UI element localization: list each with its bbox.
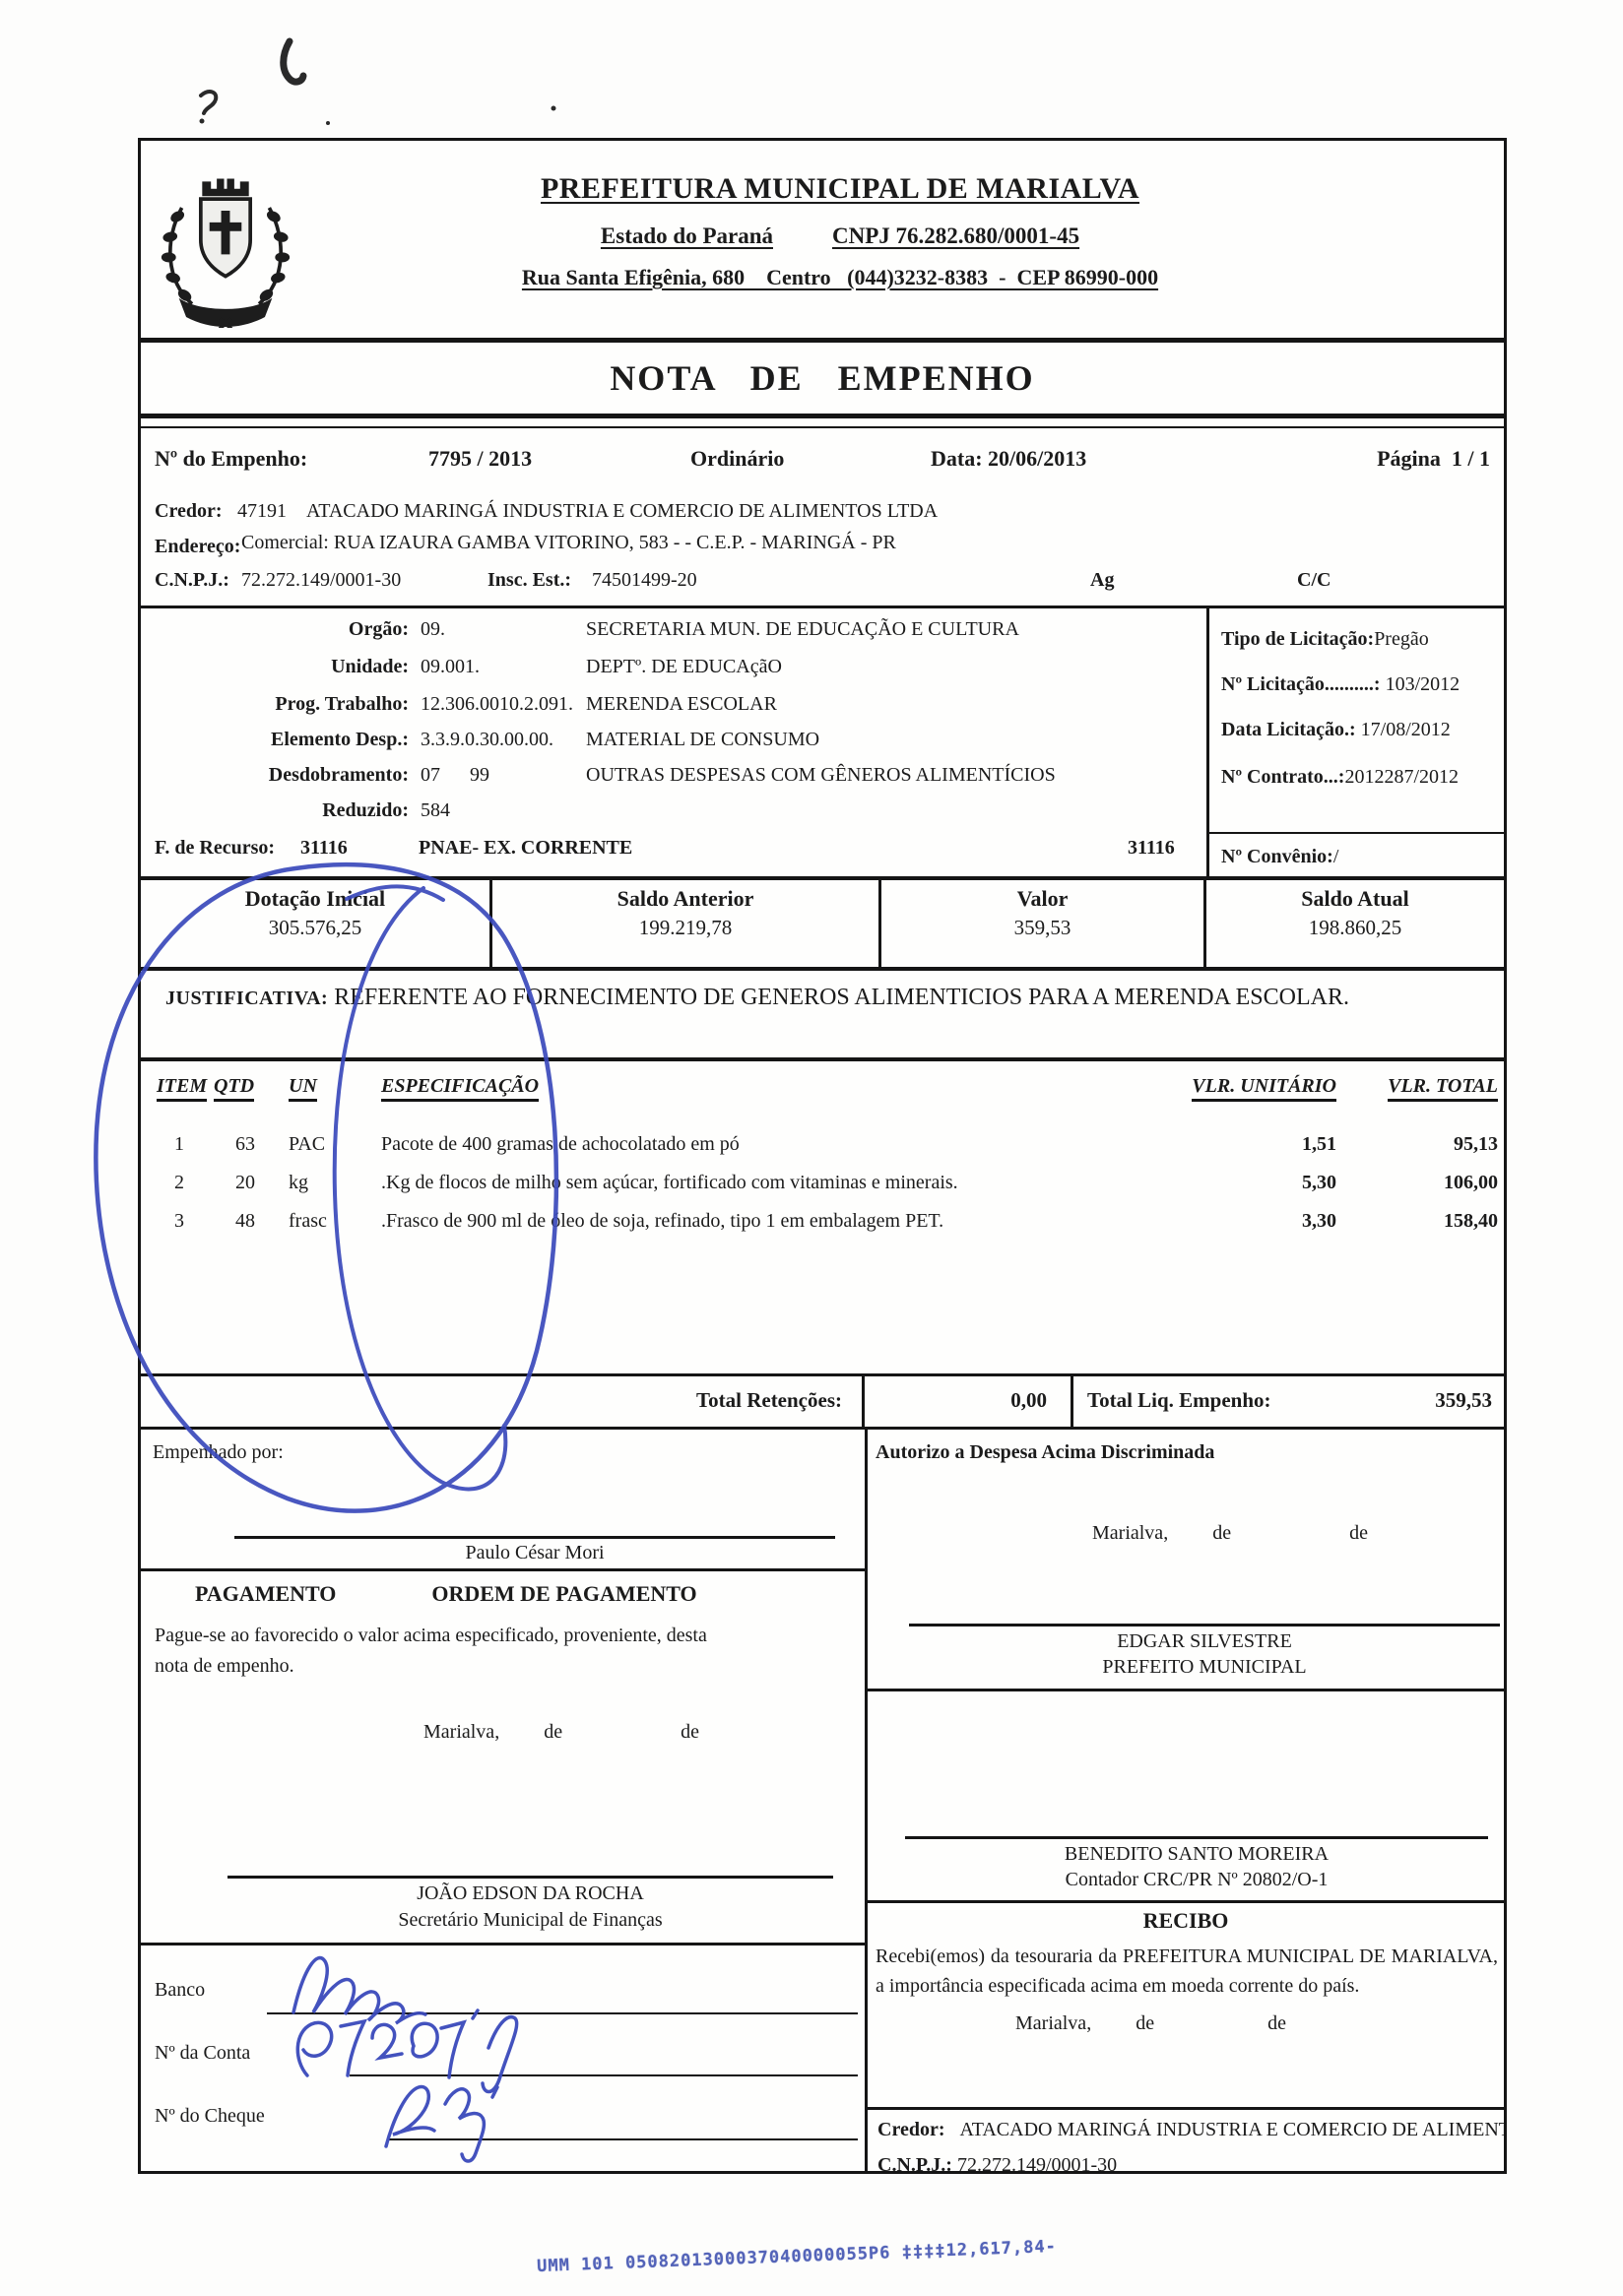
marialva-coat-of-arms-icon — [153, 166, 298, 328]
autorizo-city-date-line: Marialva, de de — [1092, 1522, 1368, 1545]
creditor-block: Credor: 47191 ATACADO MARINGÁ INDUSTRIA … — [141, 492, 1504, 608]
section-rule — [868, 1689, 1504, 1691]
pagamento-city-date-line: Marialva, de de — [423, 1721, 699, 1744]
section-rule — [141, 1568, 865, 1571]
right-column: Autorizo a Despesa Acima Discriminada Ma… — [868, 1430, 1504, 2171]
num-licitacao-label: Nº Licitação..........: — [1221, 673, 1381, 695]
empenho-number-row: Nº do Empenho: 7795 / 2013 Ordinário Dat… — [141, 428, 1504, 489]
dotacao-inicial-cell: Dotação Inicial305.576,25 — [141, 880, 492, 967]
col-vlr-unitario: VLR. UNITÁRIO — [1192, 1075, 1336, 1102]
signature-line — [227, 1876, 833, 1879]
recibo-cnpj-label: C.N.P.J.: — [877, 2154, 952, 2176]
col-qtd: QTD — [214, 1075, 254, 1102]
total-liq-value: 359,53 — [1435, 1388, 1492, 1427]
orgao-desc: SECRETARIA MUN. DE EDUCAÇÃO E CULTURA — [586, 618, 1019, 641]
recibo-city-date-line: Marialva, de de — [1015, 2012, 1286, 2035]
recibo-cnpj-value: 72.272.149/0001-30 — [957, 2154, 1117, 2176]
banco-label: Banco — [155, 1979, 205, 2002]
document-title-band: NOTA DE EMPENHO — [141, 338, 1504, 418]
justification-text: REFERENTE AO FORNECIMENTO DE GENEROS ALI… — [334, 985, 1349, 1010]
total-retencoes-label: Total Retenções: — [141, 1376, 865, 1427]
justification-section: JUSTIFICATIVA: REFERENTE AO FORNECIMENTO… — [141, 971, 1504, 1057]
orgao-label: Orgão: — [141, 618, 409, 641]
empenho-number-value: 7795 / 2013 — [428, 446, 532, 472]
desdobramento-desc: OUTRAS DESPESAS COM GÊNEROS ALIMENTÍCIOS — [586, 764, 1056, 787]
item-row: 220 kg.Kg de flocos de milho sem açúcar,… — [141, 1172, 1504, 1194]
signatures-area: Empenhado por: Paulo César Mori PAGAMENT… — [141, 1430, 1504, 2171]
creditor-cnpj-label: C.N.P.J.: — [155, 569, 229, 592]
conta-fill-line — [350, 2074, 858, 2076]
items-table: ITEM QTD UN ESPECIFICAÇÃO VLR. UNITÁRIO … — [141, 1057, 1504, 1373]
bidding-info-box: Tipo de Licitação:Pregão Nº Licitação...… — [1206, 608, 1504, 876]
state-label: Estado do Paraná — [601, 223, 773, 248]
empenhado-signer-name: Paulo César Mori — [234, 1542, 835, 1564]
contador-title: Contador CRC/PR Nº 20802/O-1 — [905, 1869, 1488, 1891]
cheque-label: Nº do Cheque — [155, 2105, 265, 2128]
creditor-name: ATACADO MARINGÁ INDUSTRIA E COMERCIO DE … — [306, 500, 938, 523]
recibo-cnpj-line: C.N.P.J.: 72.272.149/0001-30 — [877, 2154, 1117, 2177]
prefeito-name: EDGAR SILVESTRE — [909, 1630, 1500, 1653]
tipo-licitacao-value: Pregão — [1374, 628, 1429, 650]
page-indicator: Página 1 / 1 — [1377, 446, 1490, 472]
item-row: 163 PACPacote de 400 gramas de achocolat… — [141, 1133, 1504, 1156]
pagamento-title: PAGAMENTO — [195, 1581, 336, 1607]
autorizo-title: Autorizo a Despesa Acima Discriminada — [876, 1441, 1214, 1464]
state-cnpj-line: Estado do ParanáCNPJ 76.282.680/0001-45 — [303, 223, 1377, 249]
agency-label: Ag — [1090, 569, 1114, 592]
creditor-cnpj: 72.272.149/0001-30 — [241, 569, 401, 592]
empenho-type: Ordinário — [690, 446, 784, 472]
desdobramento-label: Desdobramento: — [141, 764, 409, 787]
empenho-date: Data: 20/06/2013 — [931, 446, 1086, 472]
col-vlr-total: VLR. TOTAL — [1388, 1075, 1498, 1102]
recibo-text: Recebi(emos) da tesouraria da PREFEITURA… — [876, 1942, 1498, 2001]
col-especificacao: ESPECIFICAÇÃO — [381, 1075, 539, 1102]
address-line: Rua Santa Efigênia, 680 Centro (044)3232… — [303, 265, 1377, 290]
totals-row: Total Retenções: 0,00 Total Liq. Empenho… — [141, 1373, 1504, 1430]
account-label: C/C — [1297, 569, 1331, 592]
recurso-code2: 31116 — [1128, 837, 1175, 860]
prog-trabalho-label: Prog. Trabalho: — [141, 693, 409, 716]
document-header: PREFEITURA MUNICIPAL DE MARIALVA Estado … — [141, 141, 1504, 340]
item-row: 348 frasc.Frasco de 900 ml de óleo de so… — [141, 1210, 1504, 1233]
convenio-value: / — [1333, 846, 1339, 867]
state-reg-value: 74501499-20 — [592, 569, 697, 592]
contrato-value: 2012287/2012 — [1344, 766, 1459, 788]
recurso-desc: PNAE- EX. CORRENTE — [419, 837, 632, 860]
pagamento-text-line1: Pague-se ao favorecido o valor acima esp… — [155, 1625, 707, 1647]
convenio-label: Nº Convênio: — [1221, 846, 1333, 867]
document-title: NOTA DE EMPENHO — [610, 357, 1034, 399]
ink-smudge-marks — [200, 41, 556, 125]
total-liq-label: Total Liq. Empenho: — [1087, 1388, 1271, 1427]
col-item: ITEM — [157, 1075, 207, 1102]
elemento-desp-label: Elemento Desp.: — [141, 729, 409, 751]
address-text: Rua Santa Efigênia, 680 Centro (044)3232… — [522, 265, 1158, 289]
reduzido-label: Reduzido: — [141, 799, 409, 822]
nota-de-empenho-form: PREFEITURA MUNICIPAL DE MARIALVA Estado … — [138, 138, 1507, 2174]
section-rule — [868, 2107, 1504, 2110]
creditor-code: 47191 — [237, 500, 287, 523]
creditor-address-label: Endereço: — [155, 536, 240, 558]
signature-line — [905, 1836, 1488, 1839]
creditor-address: Comercial: RUA IZAURA GAMBA VITORINO, 58… — [241, 532, 896, 554]
total-retencoes-value: 0,00 — [865, 1376, 1073, 1427]
tipo-licitacao-label: Tipo de Licitação: — [1221, 628, 1374, 650]
convenio-row: Nº Convênio:/ — [1209, 832, 1504, 878]
ordem-pagamento-title: ORDEM DE PAGAMENTO — [348, 1581, 781, 1607]
num-licitacao-value: 103/2012 — [1386, 673, 1461, 695]
elemento-desp-desc: MATERIAL DE CONSUMO — [586, 729, 819, 751]
data-licitacao-label: Data Licitação.: — [1221, 719, 1356, 740]
unidade-desc: DEPTº. DE EDUCAçãO — [586, 656, 782, 678]
budget-balance-table: Dotação Inicial305.576,25 Saldo Anterior… — [141, 876, 1504, 971]
empenho-number-label: Nº do Empenho: — [155, 446, 307, 472]
unidade-label: Unidade: — [141, 656, 409, 678]
contador-name: BENEDITO SANTO MOREIRA — [905, 1843, 1488, 1866]
contrato-label: Nº Contrato...: — [1221, 766, 1344, 788]
signature-line — [909, 1624, 1500, 1626]
recibo-credor-line: Credor: ATACADO MARINGÁ INDUSTRIA E COME… — [877, 2119, 1504, 2141]
saldo-atual-cell: Saldo Atual198.860,25 — [1206, 880, 1504, 967]
col-un: UN — [289, 1075, 317, 1102]
recurso-code: 31116 — [300, 837, 348, 860]
header-text: PREFEITURA MUNICIPAL DE MARIALVA Estado … — [303, 141, 1377, 290]
recibo-title: RECIBO — [868, 1908, 1504, 1934]
saldo-anterior-cell: Saldo Anterior199.219,78 — [492, 880, 881, 967]
justification-label: JUSTIFICATIVA: — [165, 988, 328, 1009]
signature-line — [234, 1536, 835, 1539]
conta-label: Nº da Conta — [155, 2042, 250, 2065]
data-licitacao-value: 17/08/2012 — [1361, 719, 1451, 740]
recibo-credor-value: ATACADO MARINGÁ INDUSTRIA E COMERCIO DE … — [960, 2119, 1505, 2140]
cnpj-label: CNPJ 76.282.680/0001-45 — [832, 223, 1079, 248]
empenhado-por-label: Empenhado por: — [153, 1441, 284, 1464]
section-rule — [141, 1943, 865, 1945]
prog-trabalho-desc: MERENDA ESCOLAR — [586, 693, 777, 716]
municipality-title: PREFEITURA MUNICIPAL DE MARIALVA — [303, 172, 1377, 206]
cheque-fill-line — [389, 2138, 858, 2140]
state-reg-label: Insc. Est.: — [487, 569, 571, 592]
scanned-document-page: PREFEITURA MUNICIPAL DE MARIALVA Estado … — [0, 0, 1623, 2296]
recibo-credor-label: Credor: — [877, 2119, 945, 2140]
left-column: Empenhado por: Paulo César Mori PAGAMENT… — [141, 1430, 865, 2171]
budget-classification-block: Orgão:09.SECRETARIA MUN. DE EDUCAÇÃO E C… — [141, 608, 1504, 876]
secretario-title: Secretário Municipal de Finanças — [227, 1909, 833, 1932]
prefeito-title: PREFEITO MUNICIPAL — [909, 1656, 1500, 1679]
pagamento-text-line2: nota de empenho. — [155, 1655, 294, 1678]
banco-fill-line — [267, 2012, 858, 2014]
total-liq-cell: Total Liq. Empenho: 359,53 — [1073, 1376, 1504, 1427]
section-rule — [868, 1900, 1504, 1903]
creditor-label: Credor: — [155, 500, 223, 523]
recurso-label: F. de Recurso: — [155, 837, 275, 860]
secretario-name: JOÃO EDSON DA ROCHA — [227, 1882, 833, 1905]
valor-cell: Valor359,53 — [881, 880, 1206, 967]
items-header-row: ITEM QTD UN ESPECIFICAÇÃO VLR. UNITÁRIO … — [141, 1075, 1504, 1098]
bank-validation-stamp: UMM 101 0508201300037040000055P6 ‡‡‡‡12,… — [537, 2237, 1057, 2276]
